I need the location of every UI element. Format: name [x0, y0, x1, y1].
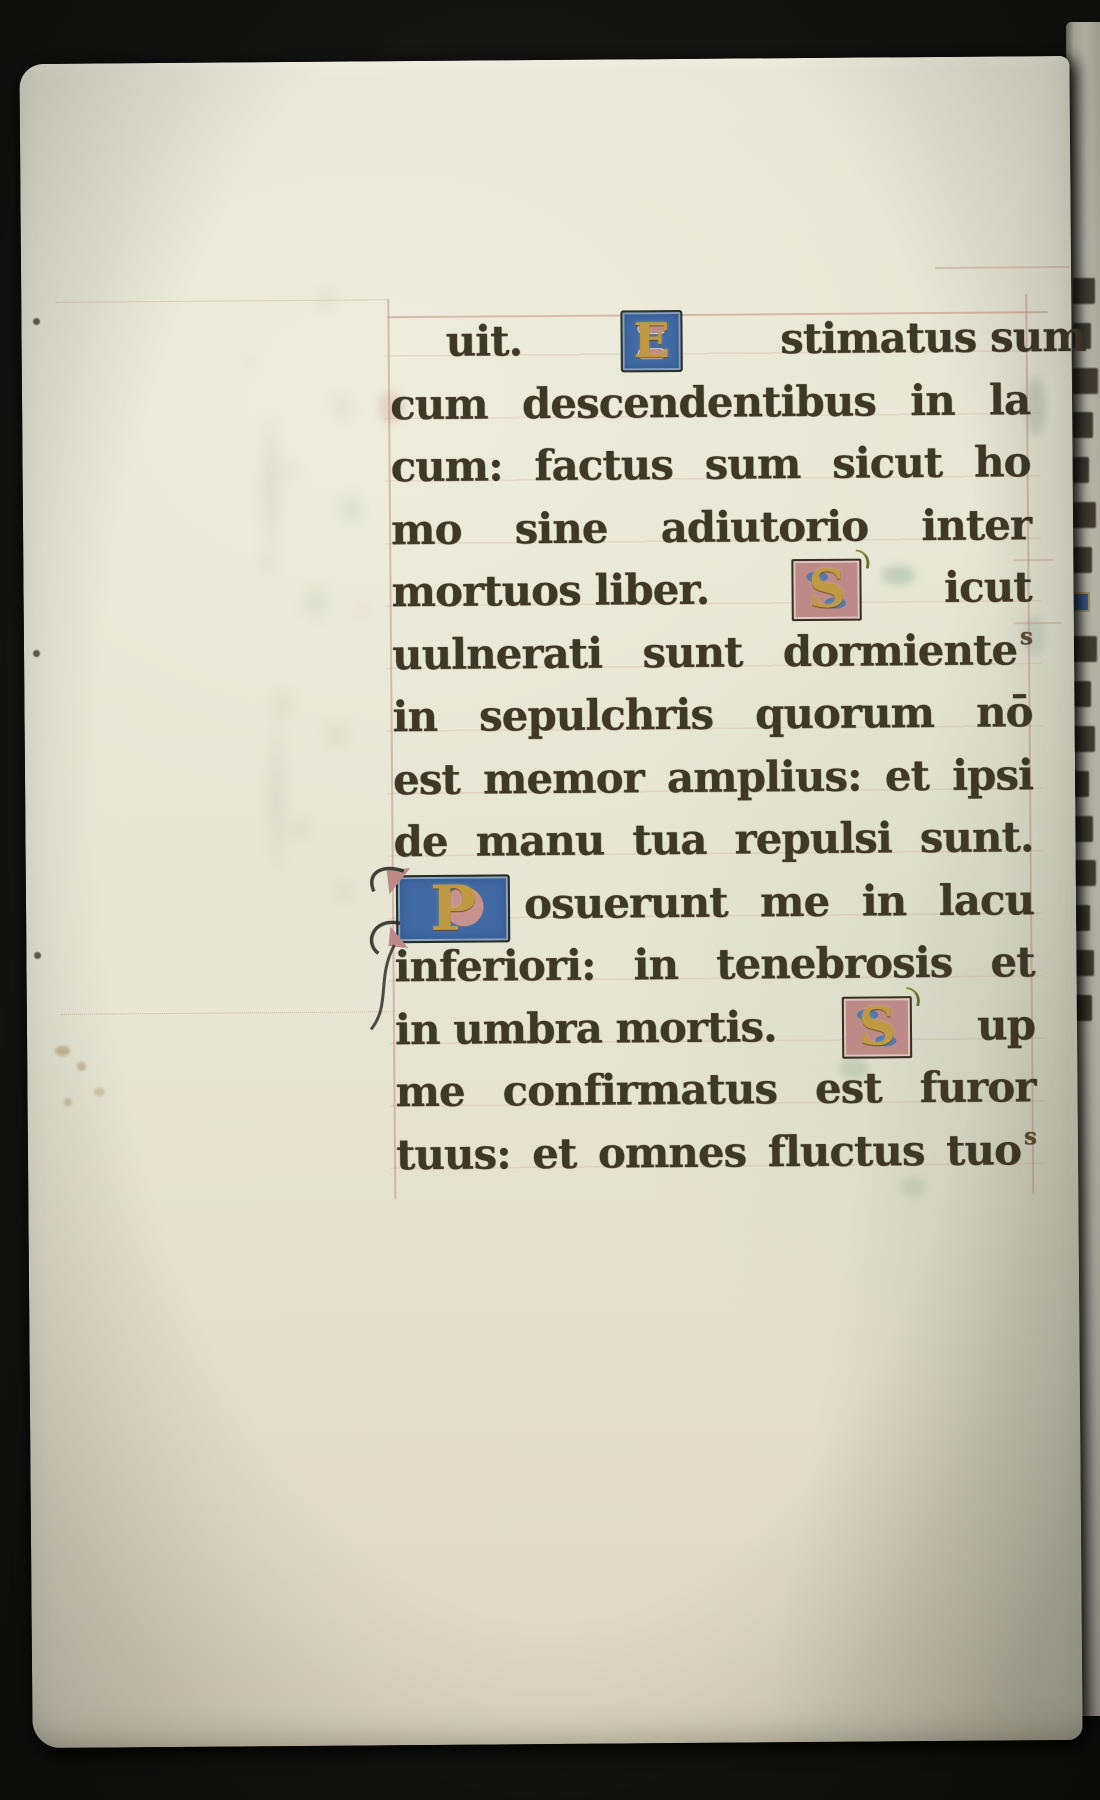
manuscript-line: cum: factus sum sicut ho	[390, 434, 1030, 497]
manuscript-line: de manu tua repulsi sunt.	[393, 809, 1033, 872]
adjacent-page-text-line	[1073, 860, 1096, 886]
manuscript-line: mortuos liber.Sicut	[391, 559, 1031, 622]
illuminated-initial-e: E	[620, 310, 682, 372]
binding-hole	[33, 318, 40, 325]
illuminated-initial-p: P	[396, 874, 511, 943]
adjacent-page-text-line	[1073, 816, 1093, 842]
binding-hole	[34, 952, 41, 959]
manuscript-text: up	[977, 997, 1035, 1053]
manuscript-line: Posuerunt me in lacu	[394, 872, 1034, 935]
foliate-offset-decoration	[169, 251, 375, 1033]
illuminated-initial-s: S	[791, 559, 861, 622]
adjacent-page-text-line	[1073, 547, 1092, 573]
stain	[77, 1062, 86, 1071]
initial-letter-glyph: S	[793, 561, 859, 620]
manuscript-text: est memor amplius: et ipsi	[393, 747, 1033, 808]
adjacent-page-text-line	[1073, 636, 1097, 662]
adjacent-page-text-line	[1073, 771, 1089, 797]
manuscript-text: inferiori: in tenebrosis et	[394, 934, 1034, 995]
stain	[55, 1046, 70, 1056]
manuscript-line: mo sine adiutorio inter	[391, 497, 1031, 560]
manuscript-line: tuus: et omnes fluctus tuos	[396, 1122, 1036, 1185]
manuscript-text: me confirmatus est furor	[395, 1059, 1035, 1120]
manuscript-line: cum descendentibus in la	[390, 372, 1030, 435]
initial-letter-glyph: S	[844, 998, 910, 1057]
stain	[64, 1098, 72, 1106]
illuminated-initial-s: S	[842, 996, 912, 1059]
abbreviation-mark: s	[1024, 1122, 1036, 1152]
manuscript-text: stimatus sum	[780, 309, 1086, 367]
initial-letter-glyph: E	[622, 312, 680, 370]
manuscript-line: inferiori: in tenebrosis et	[394, 934, 1034, 997]
manuscript-photo: uit.Estimatus sumcum descendentibus in l…	[0, 0, 1100, 1800]
adjacent-page-text-line	[1073, 412, 1093, 438]
manuscript-text: mortuos liber.	[391, 562, 709, 620]
adjacent-page-text-line	[1073, 681, 1091, 707]
manuscript-text: cum: factus sum sicut ho	[390, 434, 1030, 495]
manuscript-line: in sepulchris quorum nō	[392, 684, 1032, 747]
manuscript-text: uulnerati sunt dormiente	[392, 622, 1017, 683]
stain	[94, 1088, 105, 1096]
manuscript-text: uit.	[445, 313, 522, 370]
manuscript-text: tuus: et omnes fluctus tuo	[396, 1122, 1021, 1183]
adjacent-page-initial	[1072, 592, 1090, 612]
manuscript-text: osuerunt me in lacu	[524, 872, 1034, 932]
adjacent-page-text-line	[1073, 457, 1089, 483]
adjacent-page-text-line	[1073, 368, 1098, 394]
manuscript-text: mo sine adiutorio inter	[391, 497, 1031, 558]
manuscript-line: uulnerati sunt dormientes	[392, 622, 1032, 685]
binding-hole	[33, 650, 40, 657]
manuscript-line: in umbra mortis.Sup	[395, 997, 1035, 1060]
manuscript-text: in umbra mortis.	[395, 999, 777, 1058]
text-block: uit.Estimatus sumcum descendentibus in l…	[389, 306, 1036, 1251]
manuscript-line: me confirmatus est furor	[395, 1059, 1035, 1122]
adjacent-page-text-line	[1073, 278, 1095, 304]
manuscript-line: est memor amplius: et ipsi	[393, 747, 1033, 810]
manuscript-text: icut	[944, 559, 1032, 616]
abbreviation-mark: s	[1020, 622, 1032, 652]
manuscript-page: uit.Estimatus sumcum descendentibus in l…	[19, 56, 1082, 1748]
ruling-line	[935, 266, 1069, 269]
manuscript-line: uit.Estimatus sum	[389, 309, 1085, 372]
manuscript-text: cum descendentibus in la	[390, 372, 1030, 433]
adjacent-page-text-line	[1073, 502, 1096, 528]
manuscript-text: in sepulchris quorum nō	[392, 684, 1032, 745]
initial-letter-glyph: P	[398, 876, 508, 941]
adjacent-page-text-line	[1073, 726, 1095, 752]
manuscript-text: de manu tua repulsi sunt.	[393, 809, 1033, 870]
